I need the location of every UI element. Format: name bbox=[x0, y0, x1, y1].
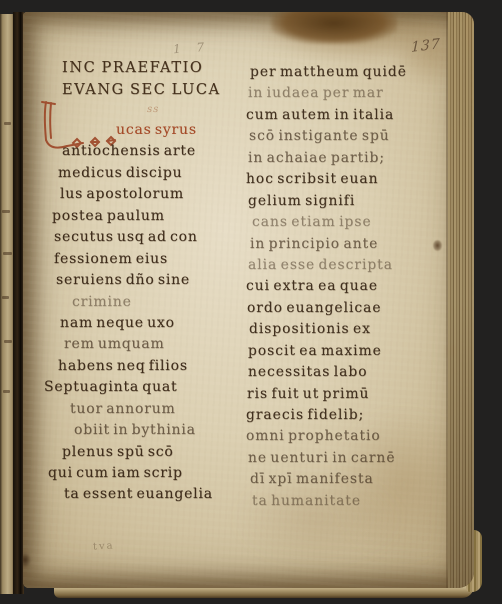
manuscript-line: seruiens dño sine bbox=[56, 270, 256, 291]
manuscript-line: rem umquam bbox=[64, 334, 256, 355]
photo-background: 137 1 7 INC PRAEFATIO EVANG SEC LUCA ss bbox=[0, 0, 502, 604]
fore-edge-pages bbox=[448, 12, 474, 588]
manuscript-line: tuor annorum bbox=[70, 399, 256, 420]
stain-gutter-spot bbox=[23, 552, 31, 568]
manuscript-line: Septuaginta quat bbox=[44, 377, 256, 398]
manuscript-line: graecis fidelib; bbox=[246, 405, 446, 426]
manuscript-line: lus apostolorum bbox=[60, 184, 256, 205]
manuscript-line: plenus spū scō bbox=[62, 442, 256, 463]
manuscript-line: habens neq filios bbox=[58, 356, 256, 377]
stain-top-dark bbox=[271, 12, 397, 44]
bleed-mark bbox=[3, 252, 12, 255]
manuscript-line: poscit ea maxime bbox=[248, 341, 446, 362]
bleed-mark bbox=[2, 210, 10, 213]
bleed-mark bbox=[3, 390, 10, 393]
manuscript-line: dī xpī manifesta bbox=[250, 469, 446, 490]
manuscript-line: fessionem eius bbox=[54, 249, 256, 270]
manuscript-line: hoc scribsit euan bbox=[246, 169, 446, 190]
manuscript-line: in iudaea per mar bbox=[248, 83, 446, 104]
manuscript-line: obiit in bythinia bbox=[74, 420, 256, 441]
folio-number: 137 bbox=[411, 36, 441, 56]
manuscript-line: ne uenturi in carnē bbox=[248, 448, 446, 469]
manuscript-line: crimine bbox=[72, 292, 256, 313]
manuscript-line: cans etiam ipse bbox=[252, 212, 446, 233]
manuscript-line: gelium signifi bbox=[248, 191, 446, 212]
manuscript-line: in principio ante bbox=[250, 234, 446, 255]
manuscript-line: necessitas labo bbox=[248, 362, 446, 383]
manuscript-line: alia esse descripta bbox=[248, 255, 446, 276]
manuscript-line: per mattheum quidē bbox=[250, 62, 446, 83]
manuscript-line: qui cum iam scrip bbox=[48, 463, 256, 484]
facing-page-edge bbox=[0, 14, 14, 594]
manuscript-line: ordo euangelicae bbox=[247, 298, 446, 319]
bleed-mark bbox=[4, 122, 11, 125]
manuscript-line: cum autem in italia bbox=[246, 105, 446, 126]
manuscript-line: dispositionis ex bbox=[249, 319, 446, 340]
incipit-title: INC PRAEFATIO EVANG SEC LUCA bbox=[62, 57, 221, 101]
manuscript-line-rubric: ucas syrus bbox=[116, 120, 256, 141]
manuscript-line: omni prophetatio bbox=[246, 426, 446, 447]
pencil-folio-number: 1 7 bbox=[173, 40, 211, 57]
manuscript-line: ris fuit ut primū bbox=[247, 384, 446, 405]
manuscript-line: nam neque uxo bbox=[60, 313, 256, 334]
manuscript-line: ta humanitate bbox=[252, 491, 446, 512]
manuscript-line: postea paulum bbox=[52, 206, 256, 227]
text-column-right: per mattheum quidē in iudaea per mar cum… bbox=[246, 62, 446, 512]
manuscript-line: antiochensis arte bbox=[62, 141, 256, 162]
manuscript-line: cui extra ea quae bbox=[246, 276, 446, 297]
manuscript-page: 137 1 7 INC PRAEFATIO EVANG SEC LUCA ss bbox=[23, 12, 474, 588]
manuscript-line: medicus discipu bbox=[58, 163, 256, 184]
quire-mark: tva bbox=[93, 540, 115, 552]
manuscript-line: scō instigante spū bbox=[249, 126, 446, 147]
manuscript-line: ta essent euangelia bbox=[64, 484, 256, 505]
title-ornament: ss bbox=[146, 104, 161, 115]
incipit-title-line1: INC PRAEFATIO bbox=[62, 57, 221, 79]
text-column-left: ucas syrus antiochensis arte medicus dis… bbox=[44, 120, 256, 506]
bleed-mark bbox=[2, 296, 9, 299]
bleed-mark bbox=[4, 340, 12, 343]
manuscript-line: in achaiae partib; bbox=[248, 148, 446, 169]
manuscript-line: secutus usq ad con bbox=[54, 227, 256, 248]
